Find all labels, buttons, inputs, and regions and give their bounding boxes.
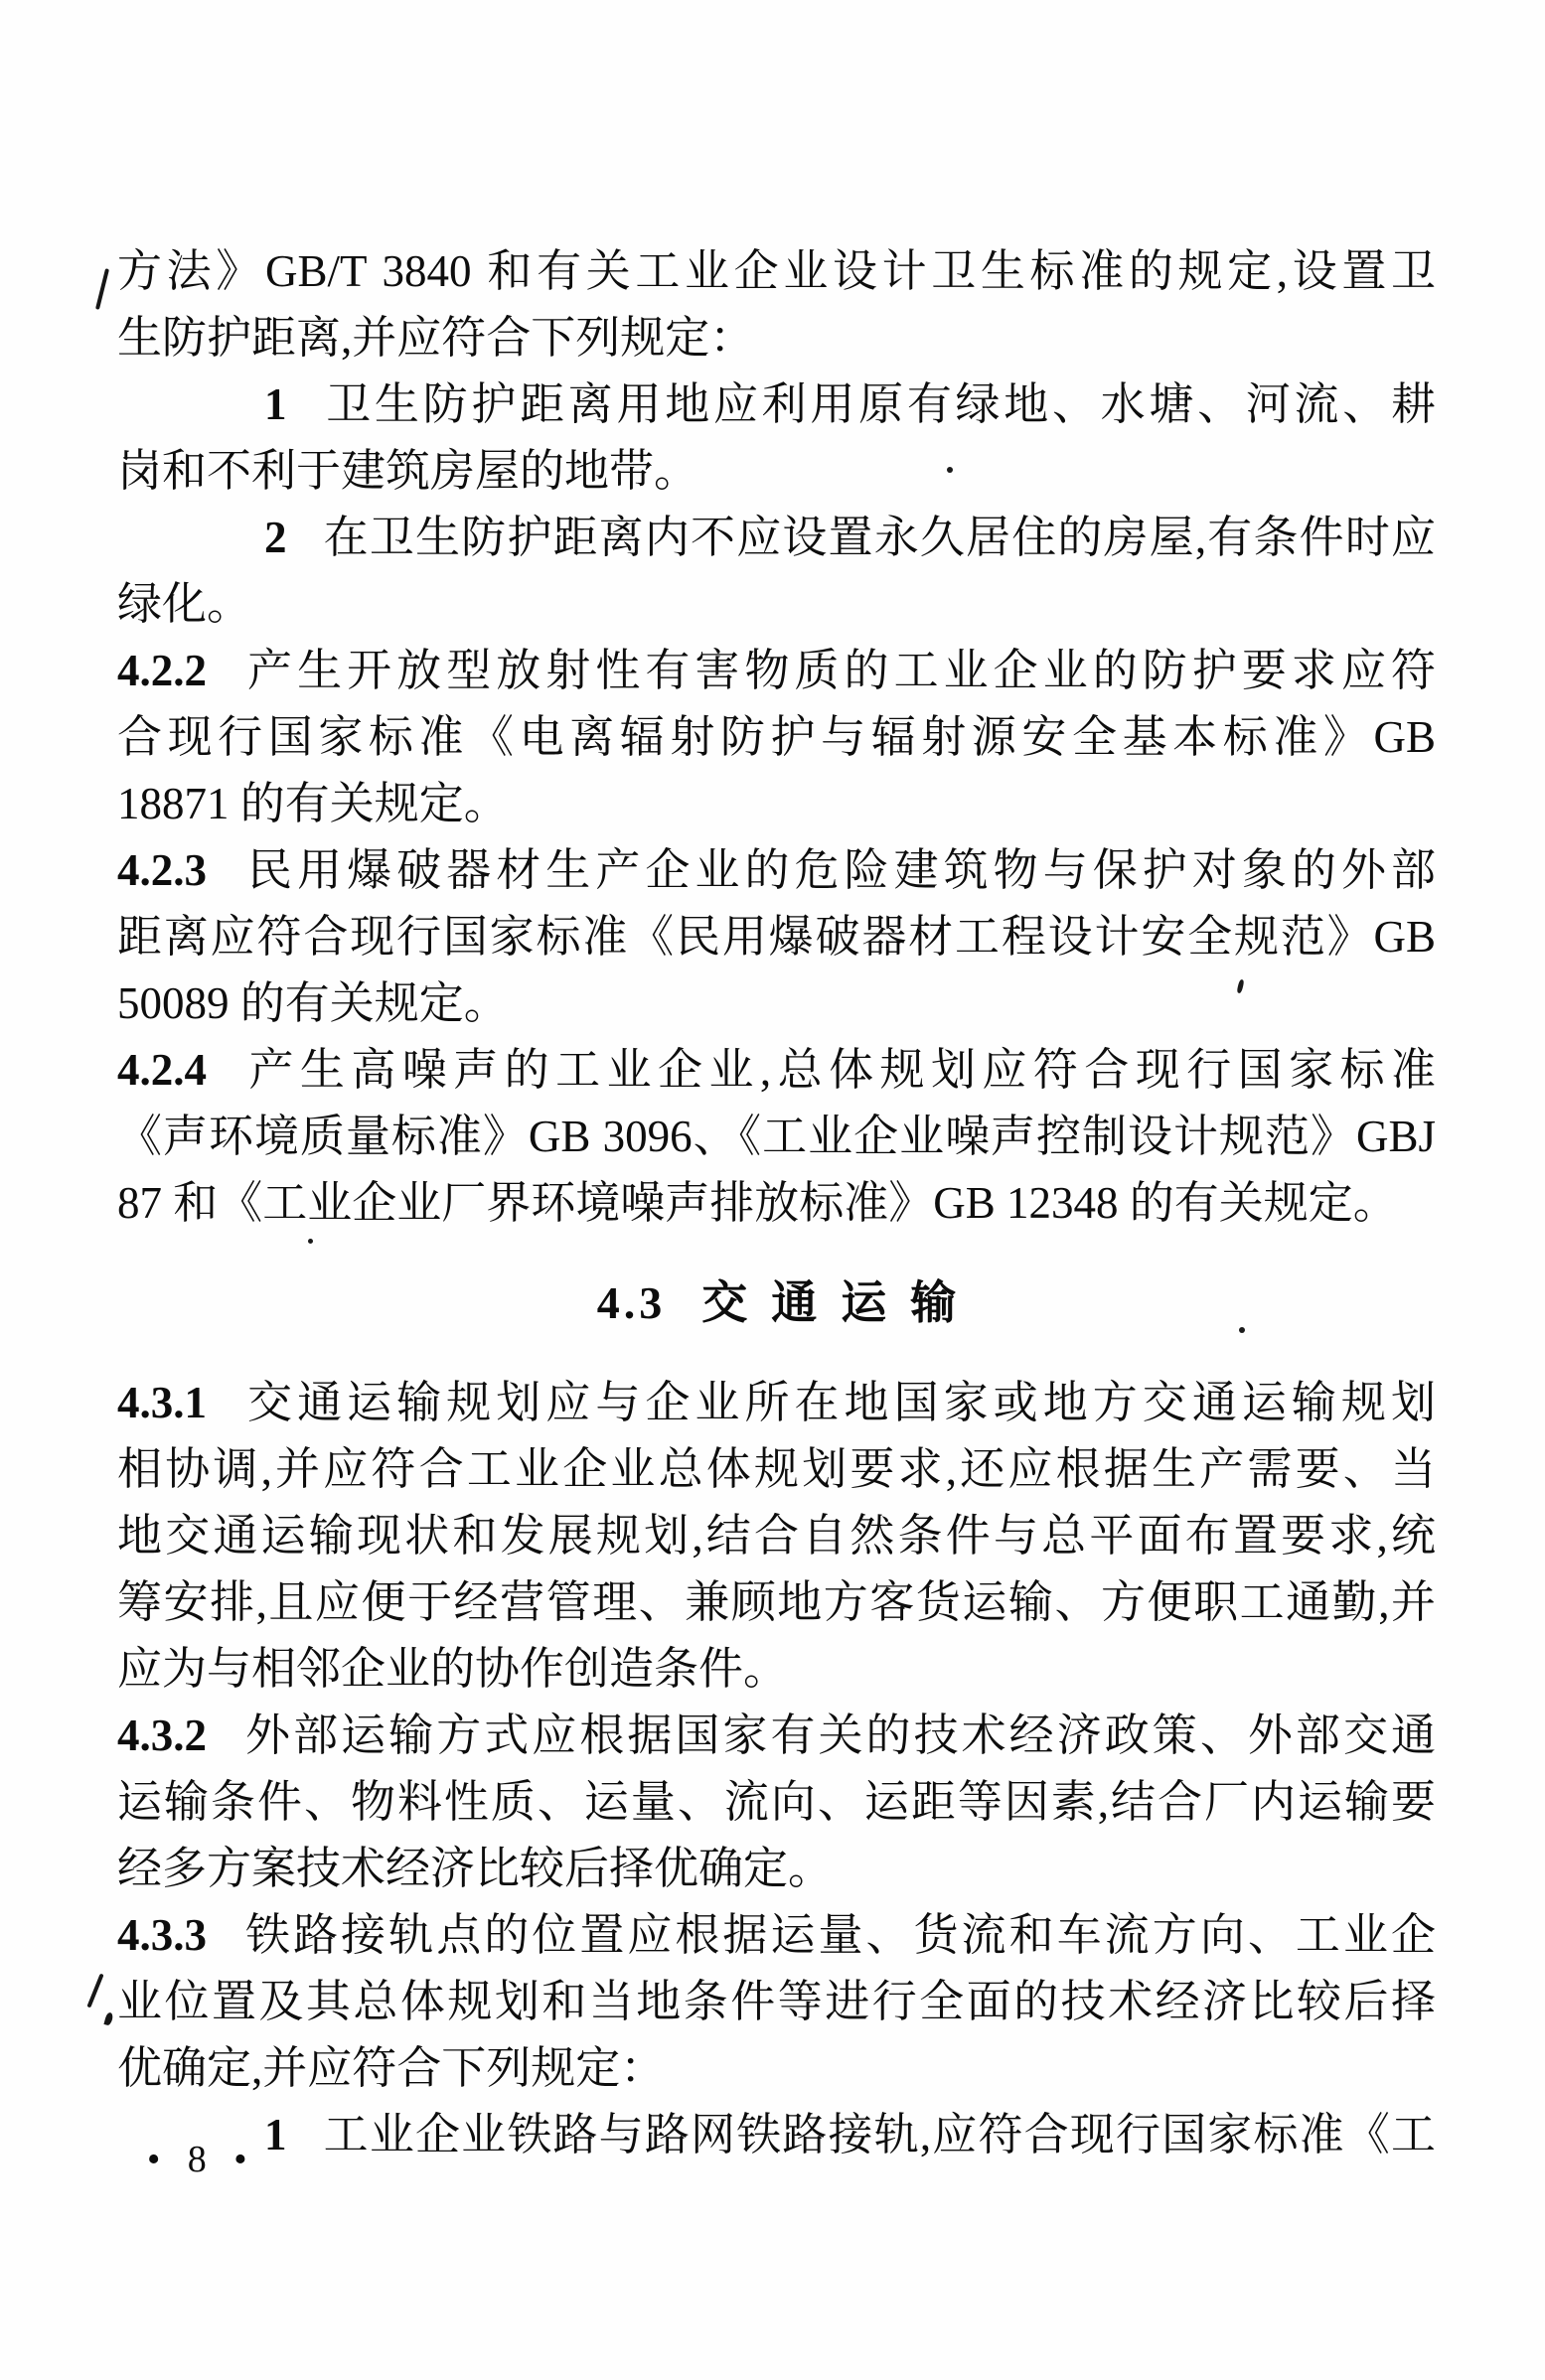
text-line: 筹安排,且应便于经营管理、兼顾地方客货运输、方便职工通勤,并	[117, 1569, 1436, 1636]
text-line: 18871 的有关规定。	[117, 771, 1436, 837]
text-line: 《声环境质量标准》GB 3096、《工业企业噪声控制设计规范》GBJ	[117, 1104, 1436, 1170]
text-line: 4.2.2产生开放型放射性有害物质的工业企业的防护要求应符	[117, 638, 1436, 704]
line-text: 岗和不利于建筑房屋的地带。	[117, 446, 698, 496]
line-text: 地交通运输现状和发展规划,结合自然条件与总平面布置要求,统	[117, 1511, 1436, 1561]
text-line: 4.2.4产生高噪声的工业企业,总体规划应符合现行国家标准	[117, 1037, 1436, 1104]
line-text: 方法》GB/T 3840 和有关工业企业设计卫生标准的规定,设置卫	[117, 246, 1436, 296]
section-number: 4.2.2	[117, 646, 207, 695]
line-text: 绿化。	[117, 579, 251, 629]
text-line: 2在卫生防护距离内不应设置永久居住的房屋,有条件时应	[117, 505, 1436, 571]
scan-artifact-stroke	[86, 1974, 103, 2008]
section-number: 4.2.4	[117, 1045, 207, 1095]
scan-artifact-comma	[103, 2011, 113, 2025]
text-line: 应为与相邻企业的协作创造条件。	[117, 1636, 1436, 1703]
line-text: 距离应符合现行国家标准《民用爆破器材工程设计安全规范》GB	[117, 912, 1436, 962]
text-line: 87 和《工业企业厂界环境噪声排放标准》GB 12348 的有关规定。	[117, 1170, 1436, 1237]
page-number: • 8 •	[147, 2138, 249, 2181]
line-text: 筹安排,且应便于经营管理、兼顾地方客货运输、方便职工通勤,并	[117, 1577, 1436, 1627]
text-line: 生防护距离,并应符合下列规定：	[117, 305, 1436, 372]
section-number: 4.2.3	[117, 845, 207, 895]
line-text: 《声环境质量标准》GB 3096、《工业企业噪声控制设计规范》GBJ	[117, 1112, 1436, 1161]
line-text: 合现行国家标准《电离辐射防护与辐射源安全基本标准》GB	[117, 712, 1436, 762]
line-text: 优确定,并应符合下列规定：	[117, 2043, 665, 2093]
line-text: 外部运输方式应根据国家有关的技术经济政策、外部交通	[242, 1711, 1436, 1760]
text-line: 方法》GB/T 3840 和有关工业企业设计卫生标准的规定,设置卫	[117, 238, 1436, 305]
section-number: 4.3.3	[117, 1910, 207, 1960]
clause-number: 1	[264, 379, 287, 429]
text-line: 地交通运输现状和发展规划,结合自然条件与总平面布置要求,统	[117, 1503, 1436, 1569]
line-text: 产生高噪声的工业企业,总体规划应符合现行国家标准	[242, 1045, 1436, 1095]
line-text: 卫生防护距离用地应利用原有绿地、水塘、河流、耕地、山	[264, 379, 1436, 438]
line-text: 民用爆破器材生产企业的危险建筑物与保护对象的外部	[242, 845, 1436, 895]
text-line: 1卫生防护距离用地应利用原有绿地、水塘、河流、耕地、山	[117, 372, 1436, 438]
line-text: 18871 的有关规定。	[117, 779, 509, 828]
text-line: 运输条件、物料性质、运量、流向、运距等因素,结合厂内运输要求,	[117, 1769, 1436, 1836]
text-line: 4.3.1交通运输规划应与企业所在地国家或地方交通运输规划	[117, 1370, 1436, 1436]
text-line: 1工业企业铁路与路网铁路接轨,应符合现行国家标准《工	[117, 2102, 1436, 2168]
text-line: 岗和不利于建筑房屋的地带。	[117, 438, 1436, 505]
document-page: 方法》GB/T 3840 和有关工业企业设计卫生标准的规定,设置卫 生防护距离,…	[0, 0, 1545, 2380]
line-text: 生防护距离,并应符合下列规定：	[117, 313, 754, 363]
line-text: 工业企业铁路与路网铁路接轨,应符合现行国家标准《工	[323, 2110, 1437, 2159]
section-number: 4.3.1	[117, 1378, 207, 1427]
text-line: 相协调,并应符合工业企业总体规划要求,还应根据生产需要、当	[117, 1436, 1436, 1503]
section-number: 4.3.2	[117, 1711, 207, 1760]
line-text: 相协调,并应符合工业企业总体规划要求,还应根据生产需要、当	[117, 1444, 1436, 1494]
text-line: 业位置及其总体规划和当地条件等进行全面的技术经济比较后择	[117, 1969, 1436, 2035]
text-line: 优确定,并应符合下列规定：	[117, 2035, 1436, 2102]
scan-artifact-stroke	[95, 268, 109, 310]
text-line: 4.3.2外部运输方式应根据国家有关的技术经济政策、外部交通	[117, 1703, 1436, 1769]
line-text: 50089 的有关规定。	[117, 978, 509, 1028]
text-line: 4.3.3铁路接轨点的位置应根据运量、货流和车流方向、工业企	[117, 1902, 1436, 1969]
text-line: 4.2.3民用爆破器材生产企业的危险建筑物与保护对象的外部	[117, 837, 1436, 904]
line-text: 铁路接轨点的位置应根据运量、货流和车流方向、工业企	[242, 1910, 1436, 1960]
line-text: 交通运输规划应与企业所在地国家或地方交通运输规划	[242, 1378, 1436, 1427]
text-line: 50089 的有关规定。	[117, 970, 1436, 1037]
line-text: 经多方案技术经济比较后择优确定。	[117, 1844, 833, 1893]
text-line: 绿化。	[117, 571, 1436, 638]
text-line: 合现行国家标准《电离辐射防护与辐射源安全基本标准》GB	[117, 704, 1436, 771]
line-text: 业位置及其总体规划和当地条件等进行全面的技术经济比较后择	[117, 1977, 1436, 2026]
line-text: 产生开放型放射性有害物质的工业企业的防护要求应符	[242, 646, 1436, 695]
section-heading: 4.3交通运输	[117, 1269, 1436, 1336]
line-text: 在卫生防护距离内不应设置永久居住的房屋,有条件时应	[323, 513, 1437, 562]
section-heading-number: 4.3	[597, 1277, 667, 1328]
line-text: 运输条件、物料性质、运量、流向、运距等因素,结合厂内运输要求,	[117, 1777, 1436, 1836]
page-content: 方法》GB/T 3840 和有关工业企业设计卫生标准的规定,设置卫 生防护距离,…	[117, 238, 1436, 2168]
line-text: 应为与相邻企业的协作创造条件。	[117, 1644, 788, 1694]
section-heading-title: 交通运输	[701, 1277, 980, 1328]
line-text: 87 和《工业企业厂界环境噪声排放标准》GB 12348 的有关规定。	[117, 1178, 1398, 1228]
clause-number: 2	[264, 513, 287, 562]
clause-number: 1	[264, 2110, 287, 2159]
text-line: 距离应符合现行国家标准《民用爆破器材工程设计安全规范》GB	[117, 904, 1436, 970]
text-line: 经多方案技术经济比较后择优确定。	[117, 1836, 1436, 1902]
